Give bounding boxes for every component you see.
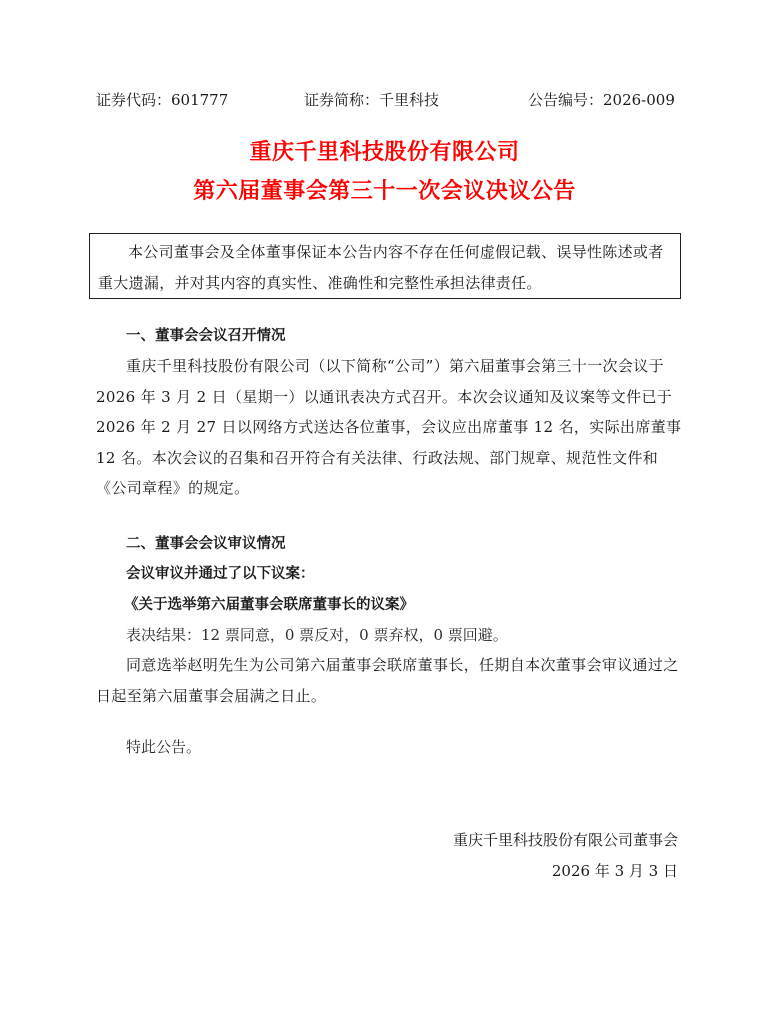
vote-result: 表决结果：12 票同意，0 票反对，0 票弃权，0 票回避。	[126, 624, 508, 646]
disclaimer-box: 本公司董事会及全体董事保证本公告内容不存在任何虚假记载、误导性陈述或者重大遗漏，…	[89, 233, 681, 299]
announcement-header: 证券代码：601777 证券简称：千里科技 公告编号：2026-009	[96, 89, 670, 111]
section-2-heading: 二、董事会会议审议情况	[126, 533, 286, 555]
proposal-title: 《关于选举第六届董事会联席董事长的议案》	[124, 594, 414, 616]
closing-statement: 特此公告。	[126, 736, 201, 758]
announcement-date: 2026 年 3 月 3 日	[552, 860, 678, 882]
section-2-subheading: 会议审议并通过了以下议案：	[126, 563, 315, 585]
announcement-title: 第六届董事会第三十一次会议决议公告	[0, 177, 772, 207]
section-1-paragraph: 重庆千里科技股份有限公司（以下简称“公司”）第六届董事会第三十一次会议于 202…	[96, 351, 684, 504]
section-1-heading: 一、董事会会议召开情况	[126, 325, 286, 347]
disclaimer-text: 本公司董事会及全体董事保证本公告内容不存在任何虚假记载、误导性陈述或者重大遗漏，…	[98, 237, 674, 299]
issuer-signature: 重庆千里科技股份有限公司董事会	[453, 829, 678, 851]
company-title: 重庆千里科技股份有限公司	[0, 138, 772, 168]
announcement-number: 公告编号：2026-009	[528, 89, 675, 111]
document-page: 证券代码：601777 证券简称：千里科技 公告编号：2026-009 重庆千里…	[0, 0, 775, 1022]
resolution-paragraph: 同意选举赵明先生为公司第六届董事会联席董事长，任期自本次董事会审议通过之日起至第…	[96, 650, 684, 711]
security-code: 证券代码：601777	[96, 89, 228, 111]
security-abbreviation: 证券简称：千里科技	[304, 89, 439, 111]
